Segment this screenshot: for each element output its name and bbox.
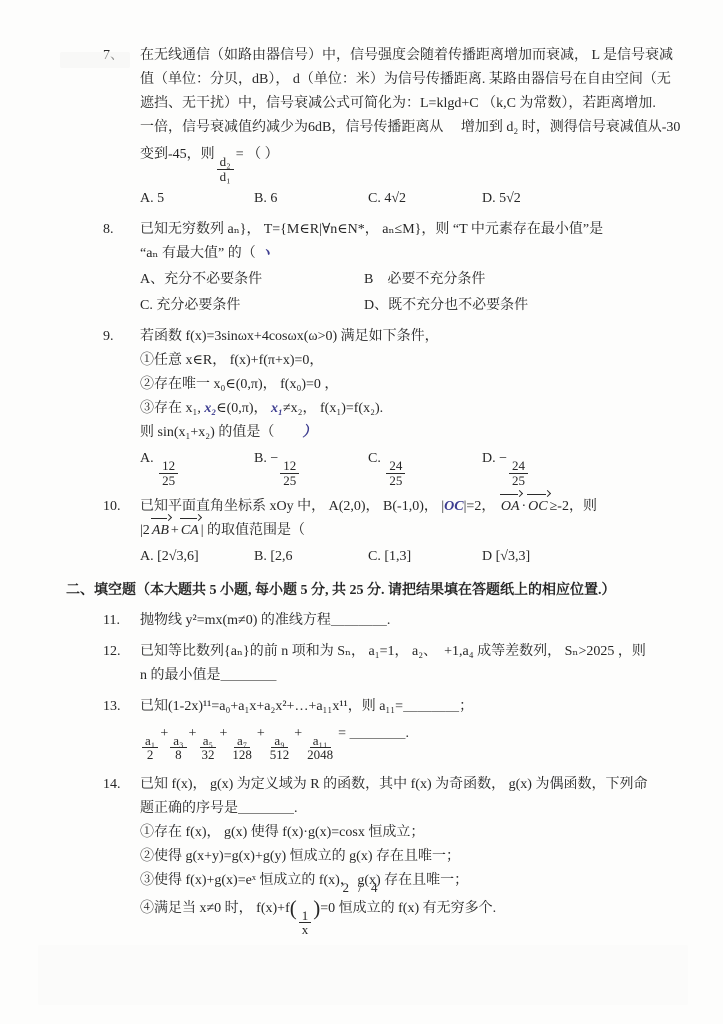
question-9: 9. 若函数 f(x)=3sinωx+4cosωx(ω>0) 满足如下条件， ①…	[103, 325, 671, 487]
handwritten-oc: OC	[444, 499, 463, 514]
question-text: 已知 f(x)， g(x) 为定义域为 R 的函数，其中 f(x) 为奇函数， …	[140, 773, 671, 797]
option-d: D. 5√2	[482, 187, 596, 211]
option-d: D、既不充分也不必要条件	[364, 294, 671, 318]
question-number: 11.	[103, 609, 140, 633]
statement-1: ①存在 f(x)， g(x) 使得 f(x)·g(x)=cosx 恒成立；	[140, 821, 671, 845]
question-8: 8. 已知无穷数列 aₙ}， T={M∈R|∀n∈N*， aₙ≤M}，则 “T …	[103, 218, 671, 318]
question-12: 12. 已知等比数列{aₙ}的前 n 项和为 Sₙ， a₁=1， a₂、 +1,…	[103, 640, 671, 688]
exam-sheet: 7、 在无线通信（如路由器信号）中，信号强度会随着传播距离增加而衰减， L 是信…	[0, 0, 723, 1024]
fraction-numerator: 12	[280, 459, 299, 474]
fraction-denominator: 25	[280, 474, 299, 488]
question-text: “aₙ 有最大值” 的（	[140, 246, 259, 261]
question-text: n 的最小值是＿＿＿＿	[140, 664, 671, 688]
fraction-numerator: a₅	[200, 734, 216, 749]
option-a: A. 1225	[140, 447, 254, 487]
option-c: C. 4√2	[368, 187, 482, 211]
fraction-numerator: 24	[386, 459, 405, 474]
option-label: C.	[368, 451, 381, 466]
question-text: |2AB+CA| 的取值范围是（	[140, 519, 671, 543]
prompt-gap	[274, 425, 302, 440]
question-text: “aₙ 有最大值” 的（ ヽ	[140, 242, 671, 266]
scan-artifact	[38, 945, 688, 1005]
equation-tail: = ＿＿＿＿.	[338, 726, 409, 741]
option-a: A. 5	[140, 187, 254, 211]
fraction-denominator: d₁	[217, 170, 234, 184]
fraction: 1225	[159, 459, 178, 487]
vector-ab: AB	[150, 519, 171, 543]
fraction: 2425	[509, 459, 528, 487]
statement-text: =0 恒成立的 f(x) 有无穷多个.	[320, 901, 496, 916]
fraction-numerator: a₁	[142, 734, 158, 749]
fraction-numerator: a₇	[234, 734, 250, 749]
handwritten-x1: x₁	[271, 401, 283, 416]
vector-oc: OC	[526, 495, 549, 519]
option-c: C. 2425	[368, 447, 482, 487]
fraction-prefix: 变到-45，则	[140, 147, 215, 162]
question-7: 7、 在无线通信（如路由器信号）中，信号强度会随着传播距离增加而衰减， L 是信…	[103, 44, 671, 211]
question-text: |2	[140, 523, 150, 538]
condition-text: ③存在 x₁,	[140, 401, 204, 416]
fraction: d₂d₁	[217, 155, 234, 183]
question-13: 13. 已知(1-2x)¹¹=a₀+a₁x+a₂x²+…+a₁₁x¹¹，则 a₁…	[103, 695, 671, 766]
fraction-denominator: 128	[229, 748, 255, 762]
fraction-suffix: = （ ）	[236, 147, 279, 162]
fraction: 2425	[386, 459, 405, 487]
question-11: 11. 抛物线 y²=mx(m≠0) 的准线方程＿＿＿＿.	[103, 609, 671, 633]
fraction: a₁2	[142, 734, 158, 762]
scan-artifact	[60, 52, 130, 68]
fraction: a₇128	[229, 734, 255, 762]
question-number: 10.	[103, 495, 140, 569]
plus-operator: +	[171, 523, 179, 538]
option-label: D.	[482, 451, 496, 466]
plus-operator: +	[294, 726, 302, 741]
option-sign: −	[499, 451, 507, 466]
handwritten-x2: x₂	[204, 401, 216, 416]
condition-text: ≠x₂， f(x₁)=f(x₂).	[283, 401, 383, 416]
fraction-denominator: 2048	[304, 748, 336, 762]
fraction-numerator: a₃	[170, 734, 186, 749]
question-text: 值（单位：分贝，dB）， d（单位：米）为信号传播距离. 某路由器信号在自由空间…	[140, 68, 680, 92]
fraction-denominator: 25	[509, 474, 528, 488]
question-text: 已知(1-2x)¹¹=a₀+a₁x+a₂x²+…+a₁₁x¹¹，则 a₁₁=＿＿…	[140, 695, 671, 719]
plus-operator: +	[257, 726, 265, 741]
fraction-denominator: 25	[386, 474, 405, 488]
question-number: 13.	[103, 695, 140, 766]
question-text: 已知平面直角坐标系 xOy 中， A(2,0)， B(-1,0)， |OC|=2…	[140, 495, 671, 519]
question-text: 变到-45，则d₂d₁= （ ）	[140, 143, 680, 183]
options-row: A. 5 B. 6 C. 4√2 D. 5√2	[140, 187, 680, 211]
question-text: 抛物线 y²=mx(m≠0) 的准线方程＿＿＿＿.	[140, 609, 671, 633]
vector-ca: CA	[179, 519, 201, 543]
question-text: 已知平面直角坐标系 xOy 中， A(2,0)， B(-1,0)， |	[140, 499, 444, 514]
prompt-text: 则 sin(x₁+x₂) 的值是（	[140, 425, 274, 440]
fraction-denominator: 8	[172, 748, 185, 762]
fraction-numerator: 1	[299, 909, 312, 924]
option-b: B. 6	[254, 187, 368, 211]
question-text: 在无线通信（如路由器信号）中，信号强度会随着传播距离增加而衰减， L 是信号衰减	[140, 44, 680, 68]
condition-text: ∈(0,π)，	[216, 401, 271, 416]
fraction: a₅32	[198, 734, 217, 762]
fraction: a₃8	[170, 734, 186, 762]
question-text: 若函数 f(x)=3sinωx+4cosωx(ω>0) 满足如下条件，	[140, 325, 671, 349]
option-label: A.	[140, 451, 154, 466]
option-c: C. [1,3]	[368, 545, 482, 569]
handwritten-paren: ）	[302, 425, 316, 440]
question-number: 12.	[103, 640, 140, 688]
plus-operator: +	[160, 726, 168, 741]
question-text: 遮挡、无干扰）中，信号衰减公式可简化为：L=klgd+C （k,C 为常数），若…	[140, 92, 680, 116]
fraction-numerator: 24	[509, 459, 528, 474]
section-2-title: 二、填空题（本大题共 5 小题, 每小题 5 分, 共 25 分. 请把结果填在…	[66, 579, 671, 603]
fraction: a₉512	[267, 734, 293, 762]
question-text: 题正确的序号是＿＿＿＿.	[140, 797, 671, 821]
vector-oa: OA	[499, 495, 522, 519]
question-14: 14. 已知 f(x)， g(x) 为定义域为 R 的函数，其中 f(x) 为奇…	[103, 773, 671, 941]
question-number: 14.	[103, 773, 140, 941]
fraction-numerator: d₂	[217, 155, 234, 170]
option-label: B.	[254, 451, 267, 466]
condition-3: ③存在 x₁, x₂∈(0,π)， x₁≠x₂， f(x₁)=f(x₂).	[140, 397, 671, 421]
option-d: D [√3,3]	[482, 545, 596, 569]
condition-2: ②存在唯一 x₀∈(0,π)， f(x₀)=0 ，	[140, 373, 671, 397]
options-row: A. 1225 B. −1225 C. 2425 D. −2425	[140, 447, 671, 487]
fraction-numerator: a₉	[271, 734, 287, 749]
question-text: 一倍，信号衰减值约减少为6dB，信号传播距离从 增加到 d₂ 时，测得信号衰减值…	[140, 116, 680, 140]
fraction-sum: a₁2+a₃8+a₅32+a₇128+a₉512+a₁₁2048= ＿＿＿＿.	[140, 722, 671, 762]
options-row: A. [2√3,6] B. [2,6 C. [1,3] D [√3,3]	[140, 545, 671, 569]
question-text: 已知等比数列{aₙ}的前 n 项和为 Sₙ， a₁=1， a₂、 +1,a₄ 成…	[140, 640, 671, 664]
statement-4: ④满足当 x≠0 时， f(x)+f(1x)=0 恒成立的 f(x) 有无穷多个…	[140, 896, 671, 937]
plus-operator: +	[189, 726, 197, 741]
fraction-denominator: x	[299, 923, 312, 937]
fraction: 1225	[280, 459, 299, 487]
plus-operator: +	[219, 726, 227, 741]
option-b: B. −1225	[254, 447, 368, 487]
option-a: A、充分不必要条件	[140, 268, 364, 292]
question-text: ≥-2，则	[550, 499, 597, 514]
option-sign: −	[270, 451, 278, 466]
fraction: 1x	[299, 909, 312, 937]
fraction-denominator: 32	[198, 748, 217, 762]
fraction-denominator: 25	[159, 474, 178, 488]
statement-text: ④满足当 x≠0 时， f(x)+f	[140, 901, 290, 916]
option-a: A. [2√3,6]	[140, 545, 254, 569]
fraction: a₁₁2048	[304, 734, 336, 762]
fraction-numerator: 12	[159, 459, 178, 474]
question-text: 已知无穷数列 aₙ}， T={M∈R|∀n∈N*， aₙ≤M}，则 “T 中元素…	[140, 218, 671, 242]
question-number: 8.	[103, 218, 140, 318]
option-d: D. −2425	[482, 447, 596, 487]
question-text: | 的取值范围是（	[201, 523, 305, 538]
statement-2: ②使得 g(x+y)=g(x)+g(y) 恒成立的 g(x) 存在且唯一；	[140, 845, 671, 869]
fraction-denominator: 512	[267, 748, 293, 762]
option-b: B 必要不充分条件	[364, 268, 671, 292]
page-number: 2 / 4	[0, 876, 723, 900]
options-grid: A、充分不必要条件 B 必要不充分条件 C. 充分必要条件 D、既不充分也不必要…	[140, 268, 671, 318]
exam-content: 7、 在无线通信（如路由器信号）中，信号强度会随着传播距离增加而衰减， L 是信…	[0, 0, 723, 941]
question-10: 10. 已知平面直角坐标系 xOy 中， A(2,0)， B(-1,0)， |O…	[103, 495, 671, 569]
option-c: C. 充分必要条件	[140, 294, 364, 318]
question-text: |=2，	[464, 499, 499, 514]
option-b: B. [2,6	[254, 545, 368, 569]
condition-1: ①任意 x∈R， f(x)+f(π+x)=0，	[140, 349, 671, 373]
fraction-denominator: 2	[144, 748, 157, 762]
fraction-numerator: a₁₁	[310, 734, 331, 749]
question-number: 7、	[103, 44, 140, 211]
question-prompt: 则 sin(x₁+x₂) 的值是（ ）	[140, 421, 671, 445]
question-number: 9.	[103, 325, 140, 487]
handwritten-check-mark: ヽ	[259, 246, 273, 261]
